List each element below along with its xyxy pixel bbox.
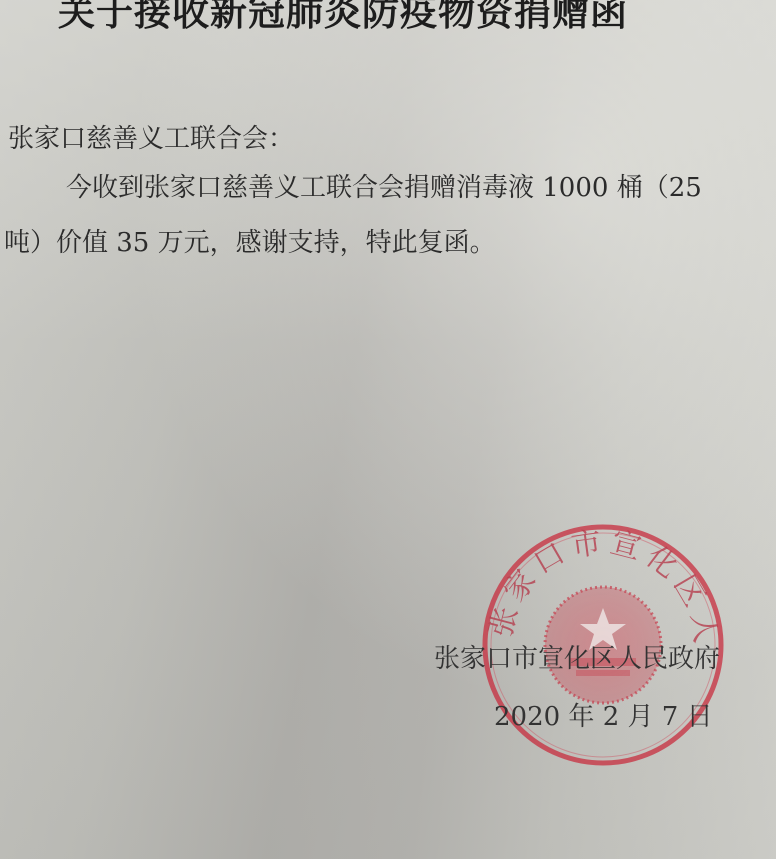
salutation: 张家口慈善义工联合会： bbox=[8, 118, 294, 155]
letter-date: 2020 年 2 月 7 日 bbox=[494, 696, 713, 733]
document-title: 关于接收新冠肺炎防疫物资捐赠函 bbox=[58, 0, 628, 36]
body-paragraph-line-1: 今收到张家口慈善义工联合会捐赠消毒液 1000 桶（25 bbox=[66, 167, 702, 204]
body-paragraph-line-2: 吨）价值 35 万元，感谢支持，特此复函。 bbox=[4, 222, 496, 259]
signatory-organization: 张家口市宣化区人民政府 bbox=[434, 638, 720, 675]
